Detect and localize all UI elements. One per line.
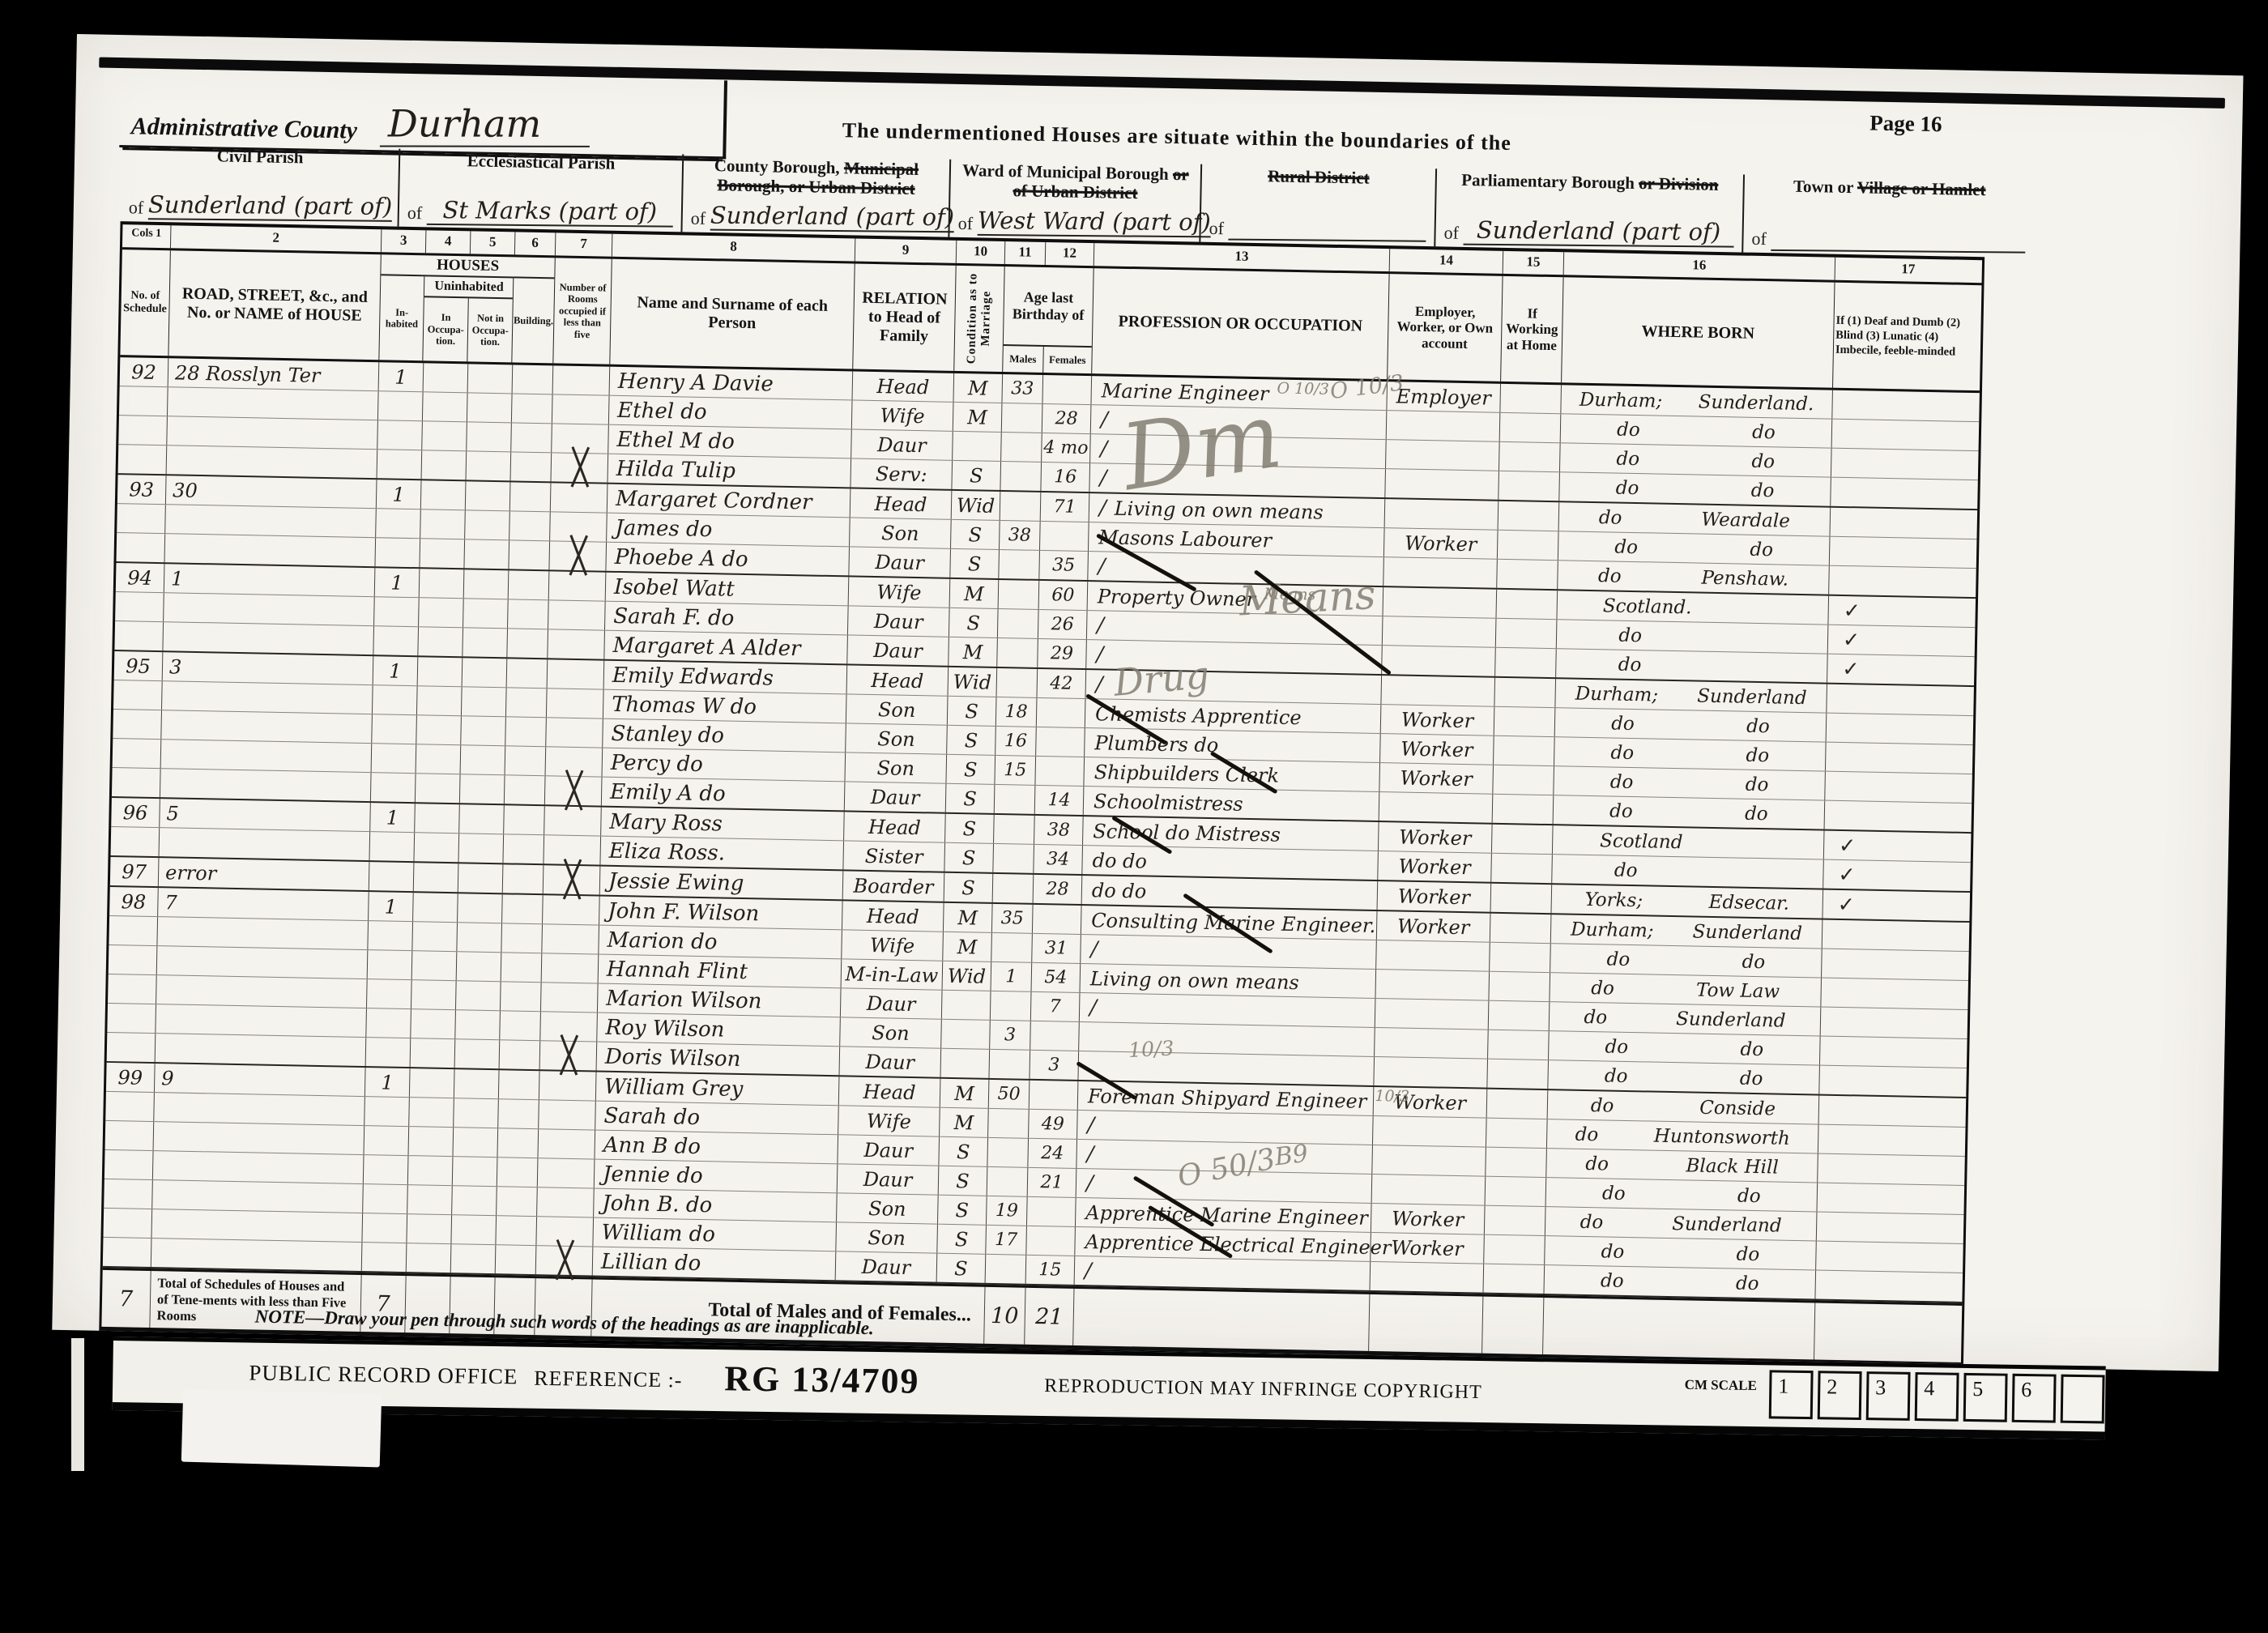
cell-working-home (1497, 560, 1558, 589)
cell-inhabited (373, 626, 419, 655)
cell-employment (1383, 557, 1498, 588)
cell-inhabited: 1 (369, 892, 414, 921)
cell-where-born: doHuntonsworth (1547, 1119, 1819, 1153)
cell-building (496, 1216, 537, 1245)
cell-relation: Serv: (850, 458, 953, 488)
born-place: Huntonsworth (1654, 1125, 1790, 1149)
born-county: Scotland (1600, 830, 1683, 853)
cell-where-born: doSunderland (1550, 1002, 1822, 1035)
cell-age-male: 17 (986, 1226, 1027, 1255)
household-divider-mark (557, 1042, 579, 1070)
cell-not-in-occupation (454, 1069, 500, 1098)
cell-relation: Head (850, 488, 953, 518)
empty-occupation-slash: / (1087, 1113, 1094, 1137)
cell-employment: Worker (1378, 881, 1492, 912)
cell-inhabited (363, 1184, 408, 1213)
cell-occupation (1078, 1051, 1375, 1085)
cell-schedule: 92 (120, 357, 169, 386)
born-county: do (1591, 1095, 1614, 1117)
cell-schedule (118, 445, 168, 474)
cell-building (500, 1040, 541, 1069)
household-divider-mark (569, 454, 590, 482)
occupation-text: Property Owner (1098, 585, 1256, 611)
cell-where-born: dodo (1558, 531, 1831, 565)
cell-in-occupation (420, 510, 466, 539)
cell-employment: Worker (1381, 705, 1495, 735)
cell-working-home (1499, 442, 1561, 471)
cell-building (501, 982, 542, 1011)
header-employer: Employer, Worker, or Own account (1388, 274, 1503, 382)
household-divider-mark (561, 866, 582, 894)
cell-age-male (994, 815, 1035, 844)
cell-age-male (999, 550, 1040, 579)
empty-occupation-slash: / (1098, 554, 1105, 578)
cell-age-female: 31 (1032, 934, 1081, 963)
public-record-office-label: PUBLIC RECORD OFFICE (249, 1360, 518, 1389)
cell-name: Percy do (603, 748, 846, 782)
cell-infirmity (1830, 537, 1976, 568)
cell-road (164, 593, 375, 625)
cell-rooms (549, 571, 607, 600)
cell-schedule (109, 916, 158, 945)
cell-name: Sarah do (595, 1102, 839, 1135)
cell-name: Emily A do (602, 778, 846, 811)
cm-scale-box: 2 (1818, 1371, 1862, 1420)
cell-where-born: dodo (1549, 1031, 1821, 1064)
cell-not-in-occupation (459, 804, 505, 834)
household-divider-mark (567, 542, 589, 570)
cell-not-in-occupation (467, 422, 512, 451)
cell-relation: Head (839, 1077, 941, 1106)
cell-occupation: School do Mistress (1083, 816, 1379, 851)
cell-rooms (553, 365, 611, 394)
cell-infirmity (1825, 772, 1972, 803)
empty-occupation-slash: / (1099, 496, 1106, 520)
cell-in-occupation (421, 480, 467, 510)
cell-where-born: Durham;Sunderland (1555, 679, 1827, 712)
cell-employment: Worker (1380, 734, 1494, 765)
cell-name: John F. Wilson (599, 897, 843, 930)
cell-building (513, 365, 554, 394)
born-place: Sunderland (1672, 1213, 1782, 1237)
born-place: do (1745, 803, 1768, 825)
cell-in-occupation (408, 1156, 454, 1185)
born-place: do (1751, 480, 1775, 501)
cm-scale-box: 6 (2012, 1374, 2057, 1423)
cell-condition: M (950, 579, 1000, 608)
cell-infirmity (1821, 1008, 1967, 1038)
born-place: Sunderland (1697, 685, 1807, 709)
cell-building (505, 717, 547, 746)
born-county: do (1609, 800, 1633, 822)
cell-age-male (989, 1050, 1030, 1079)
cell-in-occupation (411, 1038, 456, 1068)
cell-road: error (159, 858, 370, 890)
cell-where-born: dodo (1545, 1236, 1817, 1269)
cell-relation: Daur (847, 635, 949, 665)
col-number: 4 (426, 230, 471, 254)
cell-age-female (1030, 1081, 1079, 1110)
cell-relation: Daur (851, 429, 953, 459)
cell-inhabited (366, 1038, 411, 1067)
cell-inhabited (371, 773, 416, 802)
cell-working-home (1498, 531, 1559, 560)
cell-where-born: doPenshaw. (1558, 561, 1830, 594)
cell-age-male (987, 1138, 1029, 1167)
cell-age-female (1026, 1226, 1076, 1256)
county-borough-value: Sunderland (part of) (710, 202, 955, 233)
cell-road: 7 (158, 888, 369, 920)
cell-working-home (1500, 413, 1562, 442)
cell-employment (1385, 499, 1499, 530)
cell-schedule (119, 386, 168, 416)
cell-working-home (1494, 707, 1556, 736)
cell-road (160, 769, 372, 801)
cell-rooms (539, 1071, 597, 1100)
cm-scale-box: 3 (1866, 1371, 1911, 1421)
cell-not-in-occupation (453, 1128, 498, 1157)
cell-infirmity: ✓ (1823, 860, 1970, 891)
cell-name: Sarah F. do (605, 602, 849, 635)
cell-relation: Wife (849, 577, 951, 607)
cell-employment: Worker (1379, 763, 1494, 794)
cell-schedule: 94 (116, 563, 165, 592)
cell-occupation: / (1075, 1256, 1371, 1290)
cell-working-home (1494, 736, 1555, 765)
col-number: 11 (1005, 241, 1047, 265)
cell-road: 5 (160, 799, 371, 831)
cell-working-home (1486, 1148, 1547, 1177)
cell-schedule (113, 710, 162, 739)
cell-infirmity (1827, 684, 1973, 715)
cell-name: Hannah Flint (599, 955, 842, 988)
col-number: 3 (382, 229, 427, 253)
cell-where-born: Yorks;Edsecar. (1552, 885, 1824, 918)
cell-infirmity: ✓ (1827, 654, 1974, 685)
cell-employment (1381, 676, 1495, 706)
cell-age-male (986, 1255, 1027, 1284)
cell-condition (940, 1049, 990, 1078)
cell-name: James do (607, 514, 850, 547)
born-place: do (1746, 715, 1770, 737)
cell-not-in-occupation (464, 569, 509, 599)
cell-employment: Worker (1371, 1233, 1485, 1264)
cell-building (507, 659, 548, 688)
born-county: do (1601, 1241, 1624, 1263)
cell-road (153, 1151, 364, 1183)
cell-employment: Worker (1371, 1204, 1486, 1234)
cm-scale-box: 5 (1963, 1373, 2008, 1422)
cell-name: Jessie Ewing (600, 867, 844, 900)
cell-rooms (546, 747, 603, 776)
cell-age-female: 3 (1030, 1051, 1079, 1080)
cell-building (503, 864, 544, 893)
header-building: Building. (513, 278, 555, 363)
cell-name: Jennie do (595, 1160, 838, 1193)
header-not-in-occupation: Not in Occupa-tion. (467, 298, 513, 362)
total-schedules: 7 (101, 1270, 151, 1328)
cell-condition: Wid (952, 491, 1001, 520)
cell-not-in-occupation (454, 1098, 499, 1128)
cell-relation: Daur (839, 1047, 941, 1077)
cell-age-female: 7 (1031, 992, 1081, 1021)
cell-name: Roy Wilson (597, 1013, 841, 1047)
header-inhabited: In-habited (379, 275, 424, 360)
cell-condition: M (943, 932, 992, 961)
born-county: do (1585, 1153, 1609, 1175)
total-empty (1482, 1297, 1544, 1354)
cell-not-in-occupation (461, 745, 506, 774)
header-schedule: No. of Schedule (120, 249, 170, 356)
cell-inhabited (364, 1155, 409, 1184)
born-place: do (1752, 421, 1776, 443)
occupation-text: Living on own means (1090, 967, 1299, 994)
cell-schedule (103, 1238, 152, 1267)
cell-rooms (538, 1158, 595, 1187)
empty-occupation-slash: / (1100, 437, 1107, 461)
cell-building (507, 629, 548, 658)
cell-age-male (999, 580, 1040, 609)
born-county: do (1616, 477, 1639, 499)
pencil-annotation: 10/3 (1375, 1087, 1409, 1106)
cell-schedule (108, 974, 157, 1004)
cell-name: Emily Edwards (604, 661, 848, 694)
born-place: Sunderland (1676, 1008, 1786, 1032)
total-empty (1073, 1289, 1370, 1351)
cell-in-occupation (416, 715, 462, 744)
cell-not-in-occupation (463, 628, 508, 657)
cell-not-in-occupation (453, 1157, 498, 1186)
cell-condition: S (946, 755, 995, 784)
cell-schedule (113, 739, 162, 768)
cell-inhabited: 1 (373, 656, 419, 685)
born-county: do (1591, 978, 1614, 1000)
copyright-warning: REPRODUCTION MAY INFRINGE COPYRIGHT (1044, 1375, 1482, 1404)
cell-not-in-occupation (458, 863, 504, 893)
cell-where-born: Scotland. (1557, 591, 1829, 624)
cell-age-male: 38 (1000, 521, 1041, 550)
occupation-text: Apprentice Marine Engineer (1085, 1201, 1368, 1230)
cell-age-male (997, 668, 1038, 697)
cell-in-occupation (413, 893, 458, 922)
cell-condition: S (937, 1254, 987, 1283)
cell-occupation: Foreman Shipyard Engineer10/3 (1078, 1081, 1375, 1115)
cell-rooms (536, 1246, 594, 1275)
header-age-males: Males (1003, 346, 1043, 373)
empty-occupation-slash: / (1089, 996, 1097, 1020)
cell-not-in-occupation (457, 952, 502, 981)
cell-condition: M (953, 373, 1003, 403)
cell-where-born: doBlack Hill (1546, 1149, 1818, 1182)
header-age-group: Age last Birthday of Males Females (1003, 266, 1093, 373)
cm-scale-box: 1 (1769, 1370, 1814, 1419)
born-place: do (1746, 774, 1769, 795)
cell-schedule: 96 (111, 798, 160, 827)
cell-inhabited: 1 (370, 803, 416, 832)
cell-not-in-occupation (463, 599, 509, 628)
cell-name: Phoebe A do (606, 543, 850, 576)
cell-name: Isobel Watt (606, 573, 850, 606)
cell-age-male (1000, 462, 1042, 491)
cell-condition: S (946, 784, 995, 813)
cell-not-in-occupation (468, 364, 514, 393)
cell-building (505, 746, 547, 775)
cell-not-in-occupation (464, 539, 509, 569)
cell-where-born: doSunderland (1545, 1207, 1818, 1240)
cell-age-female: 28 (1042, 404, 1092, 433)
cell-road: 9 (155, 1064, 366, 1096)
cell-road (163, 622, 374, 654)
born-county: Scotland. (1603, 595, 1692, 618)
cell-working-home (1487, 1060, 1549, 1089)
col-number: Cols 1 (122, 224, 172, 248)
cell-condition: S (944, 873, 994, 902)
cell-in-occupation (412, 951, 458, 980)
cell-where-born: doTow Law (1550, 973, 1822, 1006)
cell-building (498, 1099, 539, 1128)
cell-building (500, 1011, 541, 1040)
cell-where-born: dodo (1554, 766, 1826, 799)
born-county: Durham; (1579, 389, 1663, 411)
cell-age-male (995, 785, 1036, 814)
cell-building (511, 452, 552, 481)
cell-condition: S (939, 1137, 988, 1166)
empty-occupation-slash: / (1085, 1259, 1092, 1283)
born-county: do (1610, 771, 1634, 793)
cell-where-born: dodo (1554, 737, 1827, 770)
cell-employment (1373, 1116, 1487, 1147)
cell-relation: Wife (838, 1106, 940, 1136)
cell-rooms (544, 835, 601, 864)
cell-building (512, 394, 553, 423)
cell-name: Thomas W do (603, 690, 847, 723)
cell-road (161, 710, 373, 743)
cell-condition: M (944, 903, 993, 932)
cell-schedule (114, 621, 164, 650)
cell-schedule (107, 1033, 156, 1062)
cell-schedule (103, 1209, 152, 1238)
born-county: do (1605, 1036, 1628, 1058)
cell-age-male (991, 991, 1032, 1021)
cell-inhabited: 1 (379, 362, 424, 391)
cell-name: Mary Ross (601, 808, 845, 841)
born-place: do (1740, 1068, 1763, 1089)
cell-employment: Worker (1377, 911, 1491, 942)
born-county: do (1614, 859, 1638, 881)
cell-schedule (105, 1092, 155, 1121)
cell-schedule (105, 1121, 155, 1150)
cell-in-occupation (409, 1127, 454, 1156)
cell-condition: S (945, 814, 995, 843)
cell-age-female: 26 (1038, 610, 1088, 639)
cell-age-male (991, 933, 1033, 962)
header-relation: RELATION to Head of Family (853, 263, 956, 370)
cell-working-home (1496, 619, 1558, 648)
cell-age-female (1027, 1197, 1076, 1226)
cell-working-home (1493, 765, 1554, 795)
cell-name: John B. do (594, 1189, 838, 1222)
cell-road: 30 (166, 475, 377, 508)
cell-name: Margaret Cordner (607, 484, 851, 518)
cell-inhabited (367, 979, 412, 1008)
born-place: do (1737, 1185, 1761, 1207)
cell-relation: Daur (838, 1164, 940, 1194)
cell-infirmity (1818, 1125, 1965, 1156)
born-county: do (1617, 419, 1640, 441)
occupation-text: do do (1092, 849, 1147, 872)
pencil-annotation: 10/3 (1128, 1036, 1174, 1062)
cell-not-in-occupation (458, 893, 503, 923)
cell-working-home (1500, 384, 1562, 413)
cell-road: 3 (163, 652, 374, 684)
cell-schedule (112, 768, 161, 797)
cell-working-home (1486, 1119, 1548, 1148)
cell-inhabited: 1 (375, 568, 420, 597)
cell-relation: Boarder (843, 871, 945, 901)
cell-occupation: Masons Labourer (1089, 522, 1385, 556)
empty-occupation-slash: / (1090, 937, 1098, 961)
cell-rooms (544, 865, 601, 894)
cell-infirmity: ✓ (1828, 596, 1975, 627)
cell-infirmity: ✓ (1824, 831, 1971, 862)
cell-name: Marion do (599, 926, 842, 959)
field-ward: Ward of Municipal Borough or of Urban Di… (948, 160, 1200, 242)
header-working-home: If Working at Home (1501, 276, 1563, 382)
cell-age-male: 1 (991, 962, 1033, 991)
total-empty (1543, 1298, 1815, 1359)
cell-age-male (993, 844, 1034, 873)
born-county: do (1579, 1211, 1603, 1233)
born-place: Sunderland. (1698, 391, 1814, 415)
cell-in-occupation (407, 1185, 453, 1214)
cell-working-home (1491, 884, 1553, 913)
cell-rooms (550, 512, 607, 541)
cell-working-home (1488, 1030, 1550, 1060)
cell-infirmity (1823, 920, 1969, 951)
cell-rooms (547, 689, 604, 718)
cell-inhabited (375, 538, 420, 567)
cell-age-female: 60 (1039, 581, 1089, 610)
occupation-text: Chemists Apprentice (1095, 702, 1302, 729)
cell-employment (1372, 1175, 1486, 1205)
cell-age-female: 49 (1029, 1110, 1078, 1139)
cell-inhabited: 1 (365, 1068, 411, 1097)
page-number: Page 16 (1869, 111, 1942, 138)
born-place: do (1736, 1243, 1759, 1265)
cell-inhabited (372, 744, 417, 773)
cell-working-home (1493, 795, 1554, 824)
cell-schedule (115, 592, 164, 621)
born-county: do (1599, 507, 1622, 529)
cell-occupation: Apprentice Marine Engineer (1076, 1198, 1372, 1232)
cell-employment (1375, 970, 1490, 1000)
cell-name: William Grey (596, 1072, 840, 1106)
empty-occupation-slash: / (1086, 1171, 1093, 1196)
cell-in-occupation (410, 1068, 455, 1098)
cell-age-female (1037, 698, 1086, 727)
header-profession: PROFESSION OR OCCUPATION (1092, 268, 1389, 379)
cell-road (165, 505, 377, 537)
cell-age-female: 34 (1034, 845, 1083, 874)
cell-in-occupation (420, 539, 465, 568)
cell-schedule (104, 1150, 154, 1179)
cell-infirmity (1831, 508, 1977, 539)
cell-age-female: 15 (1026, 1256, 1076, 1285)
cell-inhabited: 1 (377, 480, 422, 509)
cell-age-female (1030, 1021, 1080, 1051)
cell-age-female (1033, 905, 1082, 934)
field-town-village: Town or Village or Hamlet of (1742, 175, 2035, 258)
